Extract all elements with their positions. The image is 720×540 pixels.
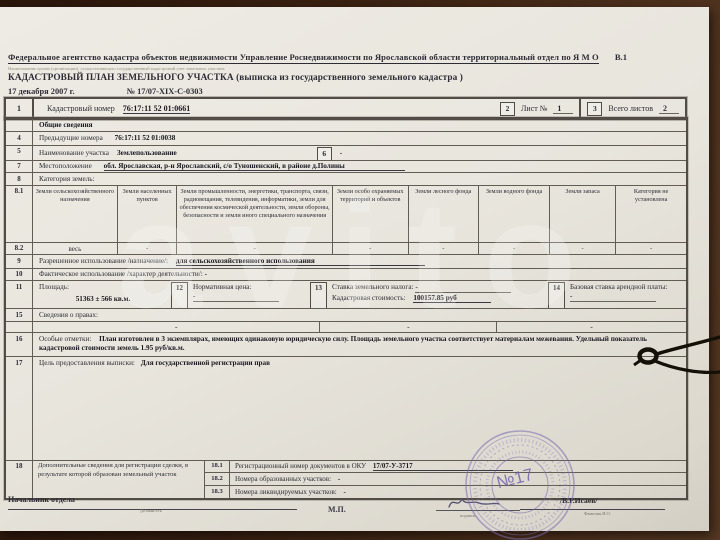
previous-numbers-row: 4 Предыдущие номера 76:17:11 52 01:0038 — [6, 131, 686, 144]
tax-line: Ставка земельного налога: - — [332, 283, 544, 293]
total-sheets-label: Всего листов — [608, 104, 653, 113]
label2: Кадастровая стоимость: — [332, 294, 406, 302]
additional-info-row: 18 Дополнительные сведения для регистрац… — [6, 460, 686, 498]
section-title: Общие сведения — [33, 119, 686, 131]
value: Для государственной регистрации прав — [141, 359, 270, 367]
document-date: 17 декабря 2007 г. — [8, 87, 75, 96]
location-cell: Местоположение обл. Ярославская, р-н Яро… — [33, 161, 686, 173]
purpose-cell: Цель предоставления выписки: Для государ… — [33, 357, 686, 460]
row-number: 1 — [6, 99, 34, 118]
category-col: Земли водного фонда — [479, 186, 550, 242]
category-value: - — [118, 243, 178, 255]
cadastral-number-label: Кадастровый номер — [47, 104, 115, 113]
field-number-badge: 14 — [548, 282, 565, 309]
area-price-cells: Площадь: 51363 ± 566 кв.м. 12 Нормативна… — [33, 281, 686, 308]
label: Номера образованных участков: — [235, 475, 331, 483]
category-values: весь - - - - - - - — [33, 243, 686, 255]
category-value: - — [177, 243, 332, 255]
registration-number-cell: Регистрационный номер документов в ОКУ 1… — [230, 461, 686, 473]
name-caption: Фамилия И.О. — [584, 511, 611, 516]
formed-parcels-cell: Номера образованных участков: - — [230, 473, 686, 485]
field-number-badge: 13 — [310, 282, 327, 309]
round-stamp: №17 — [462, 427, 578, 540]
value: обл. Ярославская, р-н Ярославский, с/о Т… — [104, 162, 405, 171]
box-value: - — [340, 149, 342, 158]
row-number: 8 — [6, 173, 33, 185]
special-notes-row: 16 Особые отметки: План изготовлен в 3 э… — [6, 332, 686, 356]
rights-values-row: - - - — [6, 321, 686, 333]
label: Нормативная цена: — [193, 283, 306, 292]
row-number: 10 — [6, 269, 33, 281]
sheet-label: Лист № — [521, 104, 547, 113]
row-number: 16 — [6, 333, 33, 356]
value: для сельскохозяйственного использования — [176, 257, 425, 266]
document-number: № 17/07-XIX-С-0303 — [127, 87, 203, 96]
row-number: 18.2 — [205, 473, 230, 485]
label: Местоположение — [39, 162, 92, 170]
row-number: 17 — [6, 357, 33, 460]
row-number: 7 — [6, 161, 33, 173]
label: Особые отметки: — [39, 335, 91, 343]
field-number-badge: 12 — [171, 282, 188, 309]
rights-value: - — [320, 322, 497, 333]
document-title: КАДАСТРОВЫЙ ПЛАН ЗЕМЕЛЬНОГО УЧАСТКА (вып… — [8, 73, 463, 83]
category-col: Категория не установлена — [616, 186, 686, 242]
rights-value: - — [33, 322, 320, 333]
label: Регистрационный номер документов в ОКУ — [235, 462, 366, 470]
value: - — [415, 283, 511, 293]
actual-use-row: 10 Фактическое использование /характер д… — [6, 268, 686, 281]
area-price-row: 11 Площадь: 51363 ± 566 кв.м. 12 Нормати… — [6, 280, 686, 308]
category-value: - — [333, 243, 409, 255]
section-row: Общие сведения — [6, 119, 686, 131]
value: - — [343, 488, 345, 496]
label: Базовая ставка арендной платы: — [570, 283, 682, 292]
row-number — [6, 119, 33, 131]
previous-numbers-cell: Предыдущие номера 76:17:11 52 01:0038 — [33, 132, 686, 144]
location-row: 7 Местоположение обл. Ярославская, р-н Я… — [6, 160, 686, 173]
category-header-row: 8.1 Земли сельскохозяйственного назначен… — [6, 185, 686, 242]
cadastral-cost-line: Кадастровая стоимость: 100157.85 руб — [332, 294, 544, 303]
total-sheets-cell: 3 Всего листов 2 — [581, 102, 685, 116]
row-number: 15 — [6, 309, 33, 321]
agency-name: Федеральное агентство кадастра объектов … — [8, 52, 599, 64]
subrow: 18.2 Номера образованных участков: - — [205, 472, 686, 485]
rights-values: - - - — [33, 322, 686, 333]
row-number: 11 — [6, 281, 33, 308]
label: Сведения о правах: — [33, 309, 686, 321]
permitted-use-row: 9 Разрешенное использование /назначение/… — [6, 254, 686, 267]
seal-place-mark: М.П. — [328, 505, 346, 514]
category-col: Земли промышленности, энергетики, трансп… — [177, 186, 332, 242]
normative-price-cell: Нормативная цена: - — [188, 281, 310, 308]
area-label: Площадь: — [39, 283, 167, 292]
purpose-row: 17 Цель предоставления выписки: Для госу… — [6, 356, 686, 460]
label: Наименование участка — [39, 149, 109, 158]
area-value: 51363 ± 566 кв.м. — [39, 295, 167, 304]
field-number-badge: 6 — [317, 147, 332, 161]
category-col: Земли сельскохозяйственного назначения — [33, 186, 118, 242]
sheet-cell: 2 Лист № 1 — [494, 102, 579, 116]
label: Категория земель: — [33, 173, 686, 185]
value: - — [193, 292, 279, 302]
agency-note: Наименование органа (организации), осуще… — [8, 66, 225, 71]
total-sheets-value: 2 — [659, 104, 679, 114]
area-cell: Площадь: 51363 ± 566 кв.м. — [33, 281, 171, 308]
base-rent-cell: Базовая ставка арендной платы: - — [565, 281, 686, 308]
category-value: - — [550, 243, 616, 255]
position-caption: Должность — [140, 508, 162, 513]
value: - — [205, 270, 207, 278]
parcel-name-row: 5 Наименование участка Землепользование … — [6, 145, 686, 160]
field-number-badge: 3 — [587, 102, 602, 116]
row-number: 18 — [6, 461, 33, 498]
value: Землепользование — [117, 149, 177, 158]
category-value: - — [479, 243, 550, 255]
agency-header: Федеральное агентство кадастра объектов … — [8, 52, 693, 64]
row-number: 9 — [6, 255, 33, 267]
general-info-table: Общие сведения 4 Предыдущие номера 76:17… — [4, 117, 688, 500]
category-col: Земли запаса — [550, 186, 616, 242]
value: 76:17:11 52 01:0038 — [115, 134, 176, 142]
category-value: весь — [33, 243, 118, 255]
value: План изготовлен в 3 экземплярах, имеющих… — [39, 335, 647, 352]
category-value: - — [409, 243, 480, 255]
category-values-row: 8.2 весь - - - - - - - — [6, 242, 686, 255]
value: - — [570, 292, 656, 302]
land-category-row: 8 Категория земель: — [6, 172, 686, 185]
label: Предыдущие номера — [39, 134, 103, 142]
value2: 100157.85 руб — [413, 294, 490, 303]
label: Цель предоставления выписки: — [39, 359, 135, 367]
row-number — [6, 322, 33, 333]
scanned-photo: Федеральное агентство кадастра объектов … — [0, 0, 720, 540]
tax-cell: Ставка земельного налога: - Кадастровая … — [327, 281, 548, 308]
row-number: 4 — [6, 132, 33, 144]
row-number: 5 — [6, 146, 33, 160]
rights-row: 15 Сведения о правах: — [6, 308, 686, 321]
document-paper: Федеральное агентство кадастра объектов … — [0, 7, 709, 531]
row-number: 8.1 — [6, 186, 33, 242]
field-number-badge: 2 — [500, 102, 515, 116]
label: Разрешенное использование /назначение/: — [39, 257, 168, 265]
category-columns: Земли сельскохозяйственного назначения З… — [33, 186, 686, 242]
form-code: В.1 — [615, 52, 627, 62]
permitted-use-cell: Разрешенное использование /назначение/: … — [33, 255, 686, 267]
actual-use-cell: Фактическое использование /характер деят… — [33, 269, 686, 281]
additional-info-label: Дополнительные сведения для регистрации … — [33, 461, 205, 498]
row-number: 18.1 — [205, 461, 230, 473]
row-number: 8.2 — [6, 243, 33, 255]
value: - — [338, 475, 340, 483]
subrow: 18.1 Регистрационный номер документов в … — [205, 461, 686, 473]
category-col: Земли особо охраняемых территорий и объе… — [333, 186, 409, 242]
category-value: - — [616, 243, 686, 255]
special-notes-cell: Особые отметки: План изготовлен в 3 экзе… — [33, 333, 686, 356]
parcel-name-cell: Наименование участка Землепользование 6 … — [33, 146, 686, 160]
sheet-value: 1 — [553, 104, 573, 114]
stamp-number-text: №17 — [495, 465, 536, 492]
cadastral-number-value: 76:17:11 52 01:0661 — [123, 104, 191, 114]
category-col: Земли населенных пунктов — [118, 186, 178, 242]
category-col: Земли лесного фонда — [409, 186, 480, 242]
date-line: 17 декабря 2007 г. № 17/07-XIX-С-0303 — [8, 87, 203, 96]
label: Ставка земельного налога: — [332, 283, 414, 291]
cadastral-number-cell: Кадастровый номер 76:17:11 52 01:0661 — [34, 104, 494, 114]
label: Фактическое использование /характер деят… — [39, 270, 203, 278]
binding-cord — [600, 328, 720, 386]
